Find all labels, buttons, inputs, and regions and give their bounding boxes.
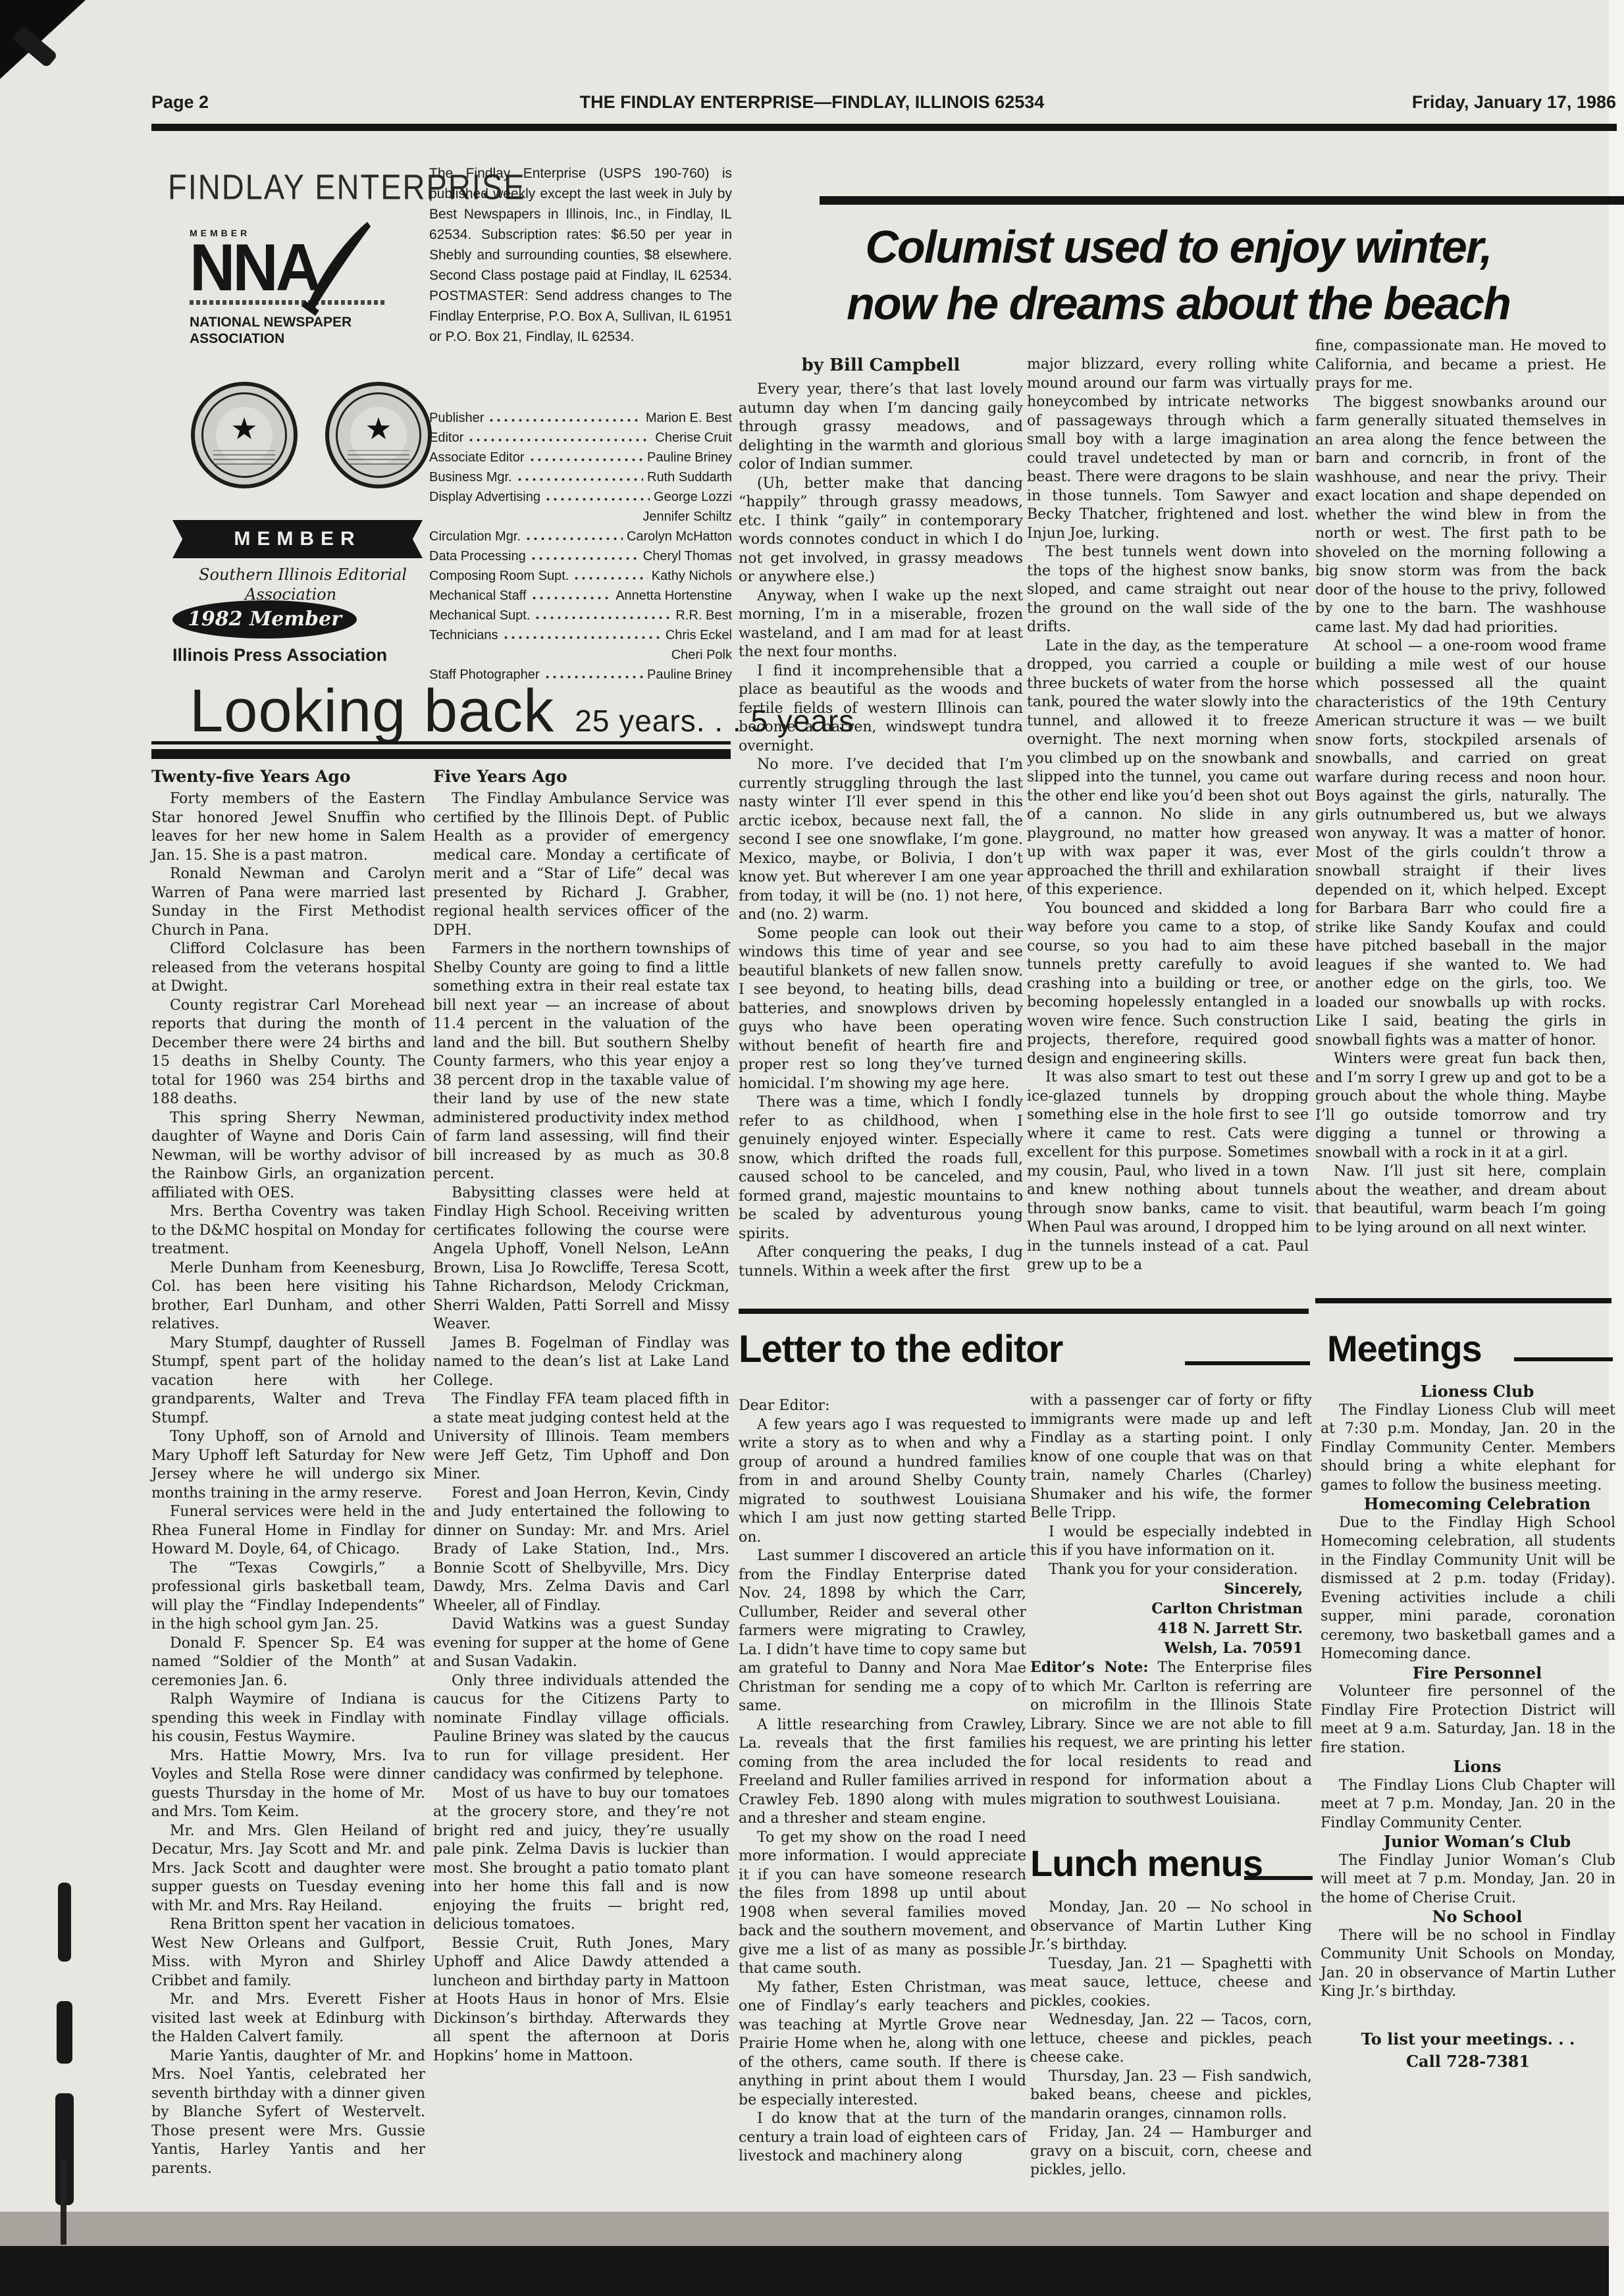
paragraph: Donald F. Spencer Sp. E4 was named “Sold… bbox=[151, 1634, 425, 1691]
signature-line: 418 N. Jarrett Str. bbox=[1030, 1619, 1303, 1638]
staff-name: Annetta Hortenstine bbox=[616, 586, 732, 606]
meetings-column: Lioness Club The Findlay Lioness Club wi… bbox=[1321, 1377, 1615, 2073]
paragraph: Every year, there’s that last lovely aut… bbox=[739, 380, 1023, 475]
paragraph: Forty members of the Eastern Star honore… bbox=[151, 790, 425, 865]
emblem-text-smudge bbox=[213, 450, 275, 465]
issue-date: Friday, January 17, 1986 bbox=[1284, 92, 1616, 113]
meetings-footer: To list your meetings. . . Call 728-7381 bbox=[1321, 2028, 1615, 2073]
looking-back-col-25years: Twenty-five Years Ago Forty members of t… bbox=[151, 767, 425, 2178]
column-header: Five Years Ago bbox=[433, 767, 729, 786]
paragraph: Clifford Colclasure has been released fr… bbox=[151, 940, 425, 997]
meetings-section-title: Meetings bbox=[1327, 1327, 1482, 1370]
paragraph: A little researching from Crawley, La. r… bbox=[739, 1716, 1026, 1829]
paragraph: It was also smart to test out these ice-… bbox=[1027, 1068, 1309, 1275]
dot-leader bbox=[525, 536, 623, 542]
headline-line2: now he dreams about the beach bbox=[744, 275, 1613, 332]
staff-name: Marion E. Best bbox=[646, 408, 732, 428]
newspaper-page: Page 2 THE FINDLAY ENTERPRISE—FINDLAY, I… bbox=[0, 0, 1624, 2296]
looking-back-header: Looking back 25 years. . . 5 years bbox=[190, 677, 854, 746]
nna-logo: MEMBER NNA NATIONAL NEWSPAPER ASSOCIATIO… bbox=[190, 228, 427, 347]
staff-name: George Lozzi bbox=[654, 487, 732, 507]
paragraph: Naw. I’ll just sit here, complain about … bbox=[1315, 1162, 1606, 1238]
paragraph: major blizzard, every rolling white moun… bbox=[1027, 355, 1309, 543]
paragraph: The best tunnels went down into the tops… bbox=[1027, 543, 1309, 637]
staff-role: Circulation Mgr. bbox=[429, 527, 521, 546]
lunch-section-title: Lunch menus bbox=[1030, 1842, 1263, 1885]
dot-leader bbox=[530, 556, 639, 561]
staff-continuation: Cheri Polk bbox=[429, 645, 732, 665]
staff-row: Circulation Mgr.Carolyn McHatton bbox=[429, 527, 732, 546]
paragraph: After conquering the peaks, I dug tunnel… bbox=[739, 1243, 1023, 1281]
paragraph: Babysitting classes were held at Findlay… bbox=[433, 1184, 729, 1334]
sie-org-line1: Southern Illinois Editorial bbox=[199, 565, 423, 585]
scan-edge-blob bbox=[57, 2001, 72, 2064]
letter-title-rule bbox=[1185, 1361, 1310, 1365]
emblem-text-smudge bbox=[348, 450, 409, 465]
quill-icon bbox=[295, 219, 374, 317]
staff-name: Pauline Briney bbox=[647, 448, 732, 467]
star-icon: ★ bbox=[329, 411, 428, 446]
paragraph: Monday, Jan. 20 — No school in observanc… bbox=[1030, 1898, 1312, 1955]
dot-leader bbox=[529, 457, 644, 463]
paragraph: David Watkins was a guest Sunday evening… bbox=[433, 1615, 729, 1672]
paragraph: I do know that at the turn of the centur… bbox=[739, 2110, 1026, 2166]
meeting-header: No School bbox=[1321, 1908, 1615, 1927]
letter-text: with a passenger car of forty or fifty i… bbox=[1030, 1392, 1312, 1579]
meeting-header: Fire Personnel bbox=[1321, 1664, 1615, 1683]
paragraph: Tony Uphoff, son of Arnold and Mary Upho… bbox=[151, 1428, 425, 1503]
paragraph: No more. I’ve decided that I’m currently… bbox=[739, 756, 1023, 925]
paragraph: Tuesday, Jan. 21 — Spaghetti with meat s… bbox=[1030, 1955, 1312, 2012]
editors-note-label: Editor’s Note: bbox=[1030, 1659, 1149, 1676]
staff-name: Cherise Cruit bbox=[655, 428, 732, 448]
letter-column-2: with a passenger car of forty or fifty i… bbox=[1030, 1392, 1312, 1809]
dot-leader bbox=[502, 635, 662, 640]
staff-name: Kathy Nichols bbox=[652, 566, 732, 586]
paragraph: Farmers in the northern townships of She… bbox=[433, 940, 729, 1184]
paragraph: Mrs. Bertha Coventry was taken to the D&… bbox=[151, 1203, 425, 1259]
ipa-year-badge: 1982 Member bbox=[172, 600, 357, 639]
paragraph: The Findlay FFA team placed fifth in a s… bbox=[433, 1390, 729, 1484]
member-ribbon: MEMBER bbox=[172, 520, 423, 558]
column-header: Twenty-five Years Ago bbox=[151, 767, 425, 786]
looking-back-col-5years: Five Years Ago The Findlay Ambulance Ser… bbox=[433, 767, 729, 2066]
lunch-menu-list: Monday, Jan. 20 — No school in observanc… bbox=[1030, 1898, 1312, 2180]
staff-list: PublisherMarion E. Best EditorCherise Cr… bbox=[429, 408, 732, 685]
scan-edge-line bbox=[61, 2159, 66, 2245]
paragraph: Funeral services were held in the Rhea F… bbox=[151, 1503, 425, 1559]
dot-leader bbox=[544, 496, 650, 502]
staff-name: Chris Eckel bbox=[666, 625, 732, 645]
staff-name: R.R. Best bbox=[675, 606, 732, 625]
scan-edge-blob bbox=[58, 1883, 71, 1962]
staff-role: Editor bbox=[429, 428, 463, 448]
award-emblem-icon: ★ bbox=[325, 382, 432, 488]
meeting-body: There will be no school in Findlay Commu… bbox=[1321, 1927, 1615, 2002]
article-column-1: by Bill Campbell Every year, there’s tha… bbox=[739, 355, 1023, 1281]
paragraph: Mr. and Mrs. Everett Fisher visited last… bbox=[151, 1991, 425, 2047]
article-text: Every year, there’s that last lovely aut… bbox=[739, 380, 1023, 1281]
paragraph: Friday, Jan. 24 — Hamburger and gravy on… bbox=[1030, 2124, 1312, 2180]
scan-bottom-shadow bbox=[0, 2212, 1624, 2248]
staff-row: Display AdvertisingGeorge Lozzi bbox=[429, 487, 732, 507]
staff-name: Ruth Suddarth bbox=[647, 467, 732, 487]
header-rule bbox=[151, 124, 1617, 131]
staff-role: Publisher bbox=[429, 408, 484, 428]
dot-leader bbox=[531, 595, 612, 601]
meeting-body: The Findlay Lioness Club will meet at 7:… bbox=[1321, 1401, 1615, 1496]
paragraph: Wednesday, Jan. 22 — Tacos, corn, lettuc… bbox=[1030, 2011, 1312, 2068]
meeting-header: Lioness Club bbox=[1321, 1382, 1615, 1401]
headline-line1: Columist used to enjoy winter, bbox=[744, 219, 1613, 275]
article-column-2: major blizzard, every rolling white moun… bbox=[1027, 355, 1309, 1275]
paragraph: Marie Yantis, daughter of Mr. and Mrs. N… bbox=[151, 2047, 425, 2179]
meeting-header: Lions bbox=[1321, 1758, 1615, 1777]
signature-line: Sincerely, bbox=[1030, 1579, 1303, 1599]
editors-note-text: The Enterprise files to which Mr. Carlto… bbox=[1030, 1659, 1312, 1808]
staff-row: Data ProcessingCheryl Thomas bbox=[429, 546, 732, 566]
staff-role: Mechanical Supt. bbox=[429, 606, 530, 625]
staff-role: Associate Editor bbox=[429, 448, 525, 467]
staff-role: Business Mgr. bbox=[429, 467, 512, 487]
paragraph: (Uh, better make that dancing “happily” … bbox=[739, 475, 1023, 587]
staff-role: Display Advertising bbox=[429, 487, 540, 507]
letter-text: A few years ago I was requested to write… bbox=[739, 1416, 1026, 2166]
letter-section-title: Letter to the editor bbox=[739, 1327, 1062, 1371]
paragraph: Winters were great fun back then, and I’… bbox=[1315, 1050, 1606, 1162]
meetings-footer-line2: Call 728-7381 bbox=[1321, 2050, 1615, 2073]
staff-row: TechniciansChris Eckel bbox=[429, 625, 732, 645]
dot-leader bbox=[467, 437, 651, 443]
meeting-body: The Findlay Lions Club Chapter will meet… bbox=[1321, 1777, 1615, 1833]
staff-row: Mechanical StaffAnnetta Hortenstine bbox=[429, 586, 732, 606]
dot-leader bbox=[534, 615, 671, 621]
signature-line: Carlton Christman bbox=[1030, 1599, 1303, 1619]
dot-leader bbox=[573, 575, 647, 581]
column-text: The Findlay Ambulance Service was certif… bbox=[433, 790, 729, 2066]
looking-back-title: Looking back bbox=[190, 677, 554, 744]
byline: by Bill Campbell bbox=[739, 355, 1023, 375]
paragraph: Thursday, Jan. 23 — Fish sandwich, baked… bbox=[1030, 2068, 1312, 2124]
signature-line: Welsh, La. 70591 bbox=[1030, 1638, 1303, 1658]
star-icon: ★ bbox=[195, 411, 294, 446]
paragraph: To get my show on the road I need more i… bbox=[739, 1829, 1026, 1979]
paragraph: Merle Dunham from Keenesburg, Col. has b… bbox=[151, 1259, 425, 1334]
paragraph: I would be especially indebted in this i… bbox=[1030, 1523, 1312, 1561]
article-column-3: fine, compassionate man. He moved to Cal… bbox=[1315, 337, 1606, 1238]
staff-row: Associate EditorPauline Briney bbox=[429, 448, 732, 467]
paragraph: Thank you for your consideration. bbox=[1030, 1561, 1312, 1580]
meeting-body: Due to the Findlay High School Homecomin… bbox=[1321, 1514, 1615, 1664]
paragraph: Late in the day, as the temperature drop… bbox=[1027, 637, 1309, 900]
paragraph: Ronald Newman and Carolyn Warren of Pana… bbox=[151, 865, 425, 940]
lunch-title-rule bbox=[1244, 1876, 1313, 1880]
staff-row: Business Mgr.Ruth Suddarth bbox=[429, 467, 732, 487]
staff-role: Data Processing bbox=[429, 546, 526, 566]
paragraph: This spring Sherry Newman, daughter of W… bbox=[151, 1109, 425, 1203]
paragraph: A few years ago I was requested to write… bbox=[739, 1416, 1026, 1548]
nna-org-line2: ASSOCIATION bbox=[190, 330, 427, 347]
staff-role: Technicians bbox=[429, 625, 498, 645]
looking-back-subtitle: 25 years. . . 5 years bbox=[575, 704, 854, 738]
paragraph: County registrar Carl Morehead reports t… bbox=[151, 997, 425, 1109]
staff-row: EditorCherise Cruit bbox=[429, 428, 732, 448]
paragraph: fine, compassionate man. He moved to Cal… bbox=[1315, 337, 1606, 394]
letter-greeting: Dear Editor: bbox=[739, 1397, 1026, 1416]
column-text: Forty members of the Eastern Star honore… bbox=[151, 790, 425, 2178]
paragraph: Most of us have to buy our tomatoes at t… bbox=[433, 1785, 729, 1935]
paragraph: Anyway, when I wake up the next morning,… bbox=[739, 587, 1023, 662]
paragraph: At school — a one-room wood frame buildi… bbox=[1315, 637, 1606, 1050]
staff-role: Mechanical Staff bbox=[429, 586, 527, 606]
paragraph: The Findlay Ambulance Service was certif… bbox=[433, 790, 729, 940]
looking-back-rule-thin bbox=[151, 741, 731, 744]
staff-row: PublisherMarion E. Best bbox=[429, 408, 732, 428]
paragraph: Only three individuals attended the cauc… bbox=[433, 1672, 729, 1785]
ipa-org-name: Illinois Press Association bbox=[172, 645, 423, 665]
paragraph: Ralph Waymire of Indiana is spending thi… bbox=[151, 1690, 425, 1747]
looking-back-rule-thick bbox=[151, 749, 731, 759]
paragraph: The “Texas Cowgirls,” a professional gir… bbox=[151, 1559, 425, 1634]
paragraph: Mr. and Mrs. Glen Heiland of Decatur, Mr… bbox=[151, 1822, 425, 1916]
paragraph: Some people can look out their windows t… bbox=[739, 925, 1023, 1094]
award-emblem-icon: ★ bbox=[191, 382, 298, 488]
paragraph: The biggest snowbanks around our farm ge… bbox=[1315, 394, 1606, 638]
staff-name: Cheryl Thomas bbox=[643, 546, 732, 566]
staff-continuation: Jennifer Schiltz bbox=[429, 507, 732, 527]
scan-bottom-bar bbox=[0, 2246, 1624, 2296]
staff-role: Composing Room Supt. bbox=[429, 566, 569, 586]
paragraph: Mary Stumpf, daughter of Russell Stumpf,… bbox=[151, 1334, 425, 1428]
meeting-header: Junior Woman’s Club bbox=[1321, 1833, 1615, 1852]
headline-top-rule bbox=[820, 196, 1624, 205]
paragraph: Last summer I discovered an article from… bbox=[739, 1547, 1026, 1716]
paragraph: James B. Fogelman of Findlay was named t… bbox=[433, 1334, 729, 1391]
staff-name: Carolyn McHatton bbox=[627, 527, 732, 546]
award-emblems: ★ ★ bbox=[191, 382, 432, 488]
staff-row: Composing Room Supt.Kathy Nichols bbox=[429, 566, 732, 586]
meeting-header: Homecoming Celebration bbox=[1321, 1495, 1615, 1514]
meeting-body: The Findlay Junior Woman’s Club will mee… bbox=[1321, 1852, 1615, 1908]
dot-leader bbox=[516, 477, 643, 483]
meeting-body: Volunteer fire personnel of the Findlay … bbox=[1321, 1683, 1615, 1758]
sie-association-logo: MEMBER Southern Illinois Editorial Assoc… bbox=[172, 520, 423, 604]
paragraph: Mrs. Hattie Mowry, Mrs. Iva Voyles and S… bbox=[151, 1747, 425, 1822]
editors-note: Editor’s Note: The Enterprise files to w… bbox=[1030, 1658, 1312, 1809]
dot-leader bbox=[488, 417, 641, 423]
letter-column-1: Dear Editor: A few years ago I was reque… bbox=[739, 1397, 1026, 2166]
paragraph: Forest and Joan Herron, Kevin, Cindy and… bbox=[433, 1484, 729, 1616]
masthead-about: The Findlay Enterprise (USPS 190-760) is… bbox=[429, 163, 732, 347]
meetings-title-rule bbox=[1514, 1357, 1613, 1361]
article-bottom-rule-right bbox=[1315, 1298, 1611, 1303]
paragraph: with a passenger car of forty or fifty i… bbox=[1030, 1392, 1312, 1523]
paragraph: Bessie Cruit, Ruth Jones, Mary Uphoff an… bbox=[433, 1935, 729, 2066]
article-bottom-rule bbox=[739, 1309, 1309, 1314]
letter-signature: Sincerely, Carlton Christman 418 N. Jarr… bbox=[1030, 1579, 1312, 1658]
paragraph: Rena Britton spent her vacation in West … bbox=[151, 1916, 425, 1991]
staff-row: Mechanical Supt.R.R. Best bbox=[429, 606, 732, 625]
paragraph: There was a time, which I fondly refer t… bbox=[739, 1093, 1023, 1243]
meetings-footer-line1: To list your meetings. . . bbox=[1321, 2028, 1615, 2050]
ipa-badge: 1982 Member Illinois Press Association bbox=[172, 600, 423, 665]
scan-corner-artifact bbox=[0, 0, 86, 79]
main-headline: Columist used to enjoy winter, now he dr… bbox=[744, 219, 1613, 332]
paragraph: My father, Esten Christman, was one of F… bbox=[739, 1979, 1026, 2110]
paragraph: You bounced and skidded a long way befor… bbox=[1027, 900, 1309, 1069]
